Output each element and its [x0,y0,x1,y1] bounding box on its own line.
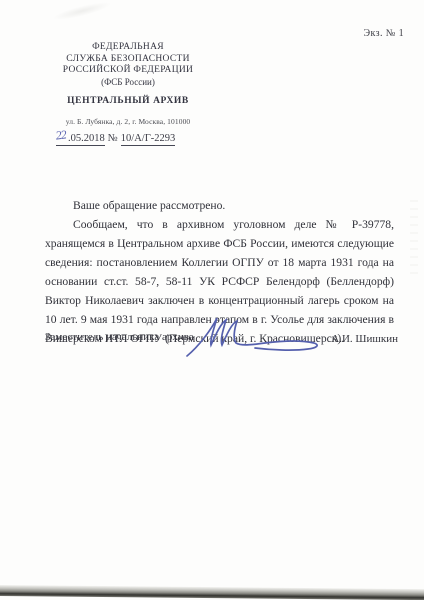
scan-smudge [52,0,113,23]
org-address: ул. Б. Лубянка, д. 2, г. Москва, 101000 [38,117,218,126]
page-bleedthrough [410,200,418,280]
date-field: 22.05.2018 [56,133,105,146]
org-name-line3: РОССИЙСКОЙ ФЕДЕРАЦИИ [38,65,218,77]
date-printed: .05.2018 [68,133,105,144]
scanned-letter-page: Экз. № 1 ФЕДЕРАЛЬНАЯ СЛУЖБА БЕЗОПАСНОСТИ… [0,0,424,600]
copy-number: Экз. № 1 [363,28,404,39]
org-name-line1: ФЕДЕРАЛЬНАЯ [38,42,218,54]
org-abbreviation: (ФСБ России) [38,77,218,88]
handwritten-day: 22 [55,127,67,143]
reference-line: 22.05.2018№10/А/Г-2293 [56,130,175,145]
letterhead: ФЕДЕРАЛЬНАЯ СЛУЖБА БЕЗОПАСНОСТИ РОССИЙСК… [38,42,218,126]
signer-title: Заместитель начальника архива [45,331,194,343]
org-name-line2: СЛУЖБА БЕЗОПАСНОСТИ [38,54,218,66]
number-sign: № [108,133,118,144]
document-number: 10/А/Г-2293 [121,133,175,146]
department-name: ЦЕНТРАЛЬНЫЙ АРХИВ [38,96,218,106]
signature-icon [183,312,329,362]
signer-name: А.И. Шишкин [331,333,398,345]
scan-bottom-edge [0,585,424,600]
body-paragraph-1: Ваше обращение рассмотрено. [45,196,394,215]
